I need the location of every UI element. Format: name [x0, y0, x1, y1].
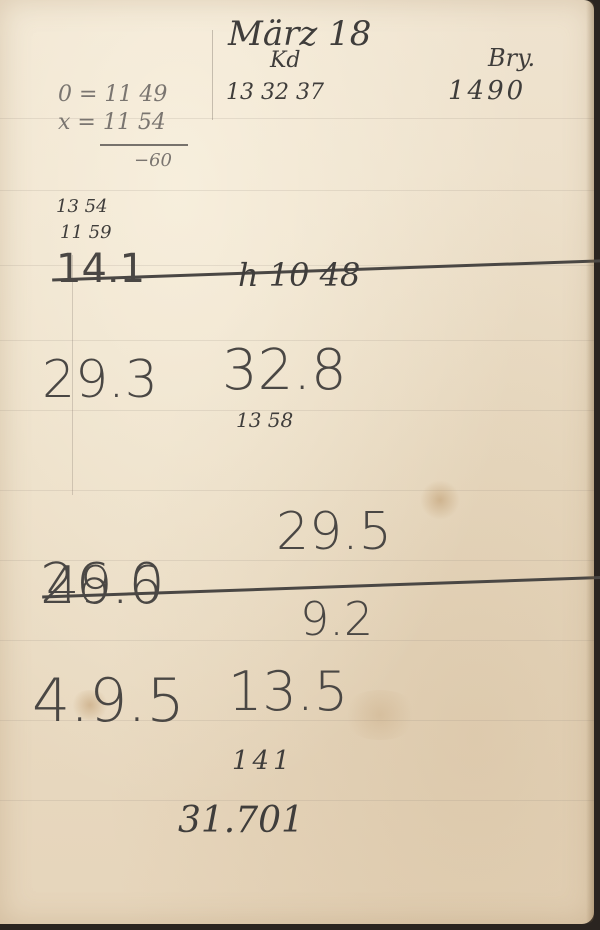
paper-stain	[340, 690, 420, 740]
calc-result: −60	[134, 150, 172, 171]
header-right-value: 1490	[448, 76, 526, 106]
paper-stain	[420, 480, 460, 520]
ruled-line	[0, 640, 594, 641]
calc-line-1: 0 = 11 49	[58, 82, 167, 107]
row3-left: 4.9.5	[32, 666, 185, 736]
row2-left: 26.0	[40, 552, 165, 617]
row1-sub: 13 58	[236, 408, 293, 432]
row3-sub: 141	[232, 746, 294, 776]
row1-left: 29.3	[42, 350, 158, 410]
calc-underline	[100, 144, 188, 146]
ruled-line	[0, 190, 594, 191]
total-value: 31.701	[178, 800, 304, 841]
margin-line	[212, 30, 213, 120]
row2-right: 29.5	[276, 502, 392, 562]
time-2: 11 59	[60, 222, 112, 243]
time-1: 13 54	[56, 196, 108, 217]
row3-right-sup: 9.2	[300, 592, 373, 646]
header-left-value: 13 32 37	[226, 80, 324, 105]
calc-line-2: x = 11 54	[58, 110, 166, 135]
ruled-line	[0, 490, 594, 491]
row3-mid: 13.5	[228, 660, 348, 723]
header-right-label: Bry.	[488, 44, 535, 72]
notebook-page: März 18 Kd 13 32 37 Bry. 1490 0 = 11 49 …	[0, 0, 594, 924]
ruled-line	[0, 410, 594, 411]
note-h: h 10 48	[238, 256, 360, 294]
header-left-label: Kd	[270, 48, 301, 73]
row1-right: 32.8	[222, 338, 347, 403]
